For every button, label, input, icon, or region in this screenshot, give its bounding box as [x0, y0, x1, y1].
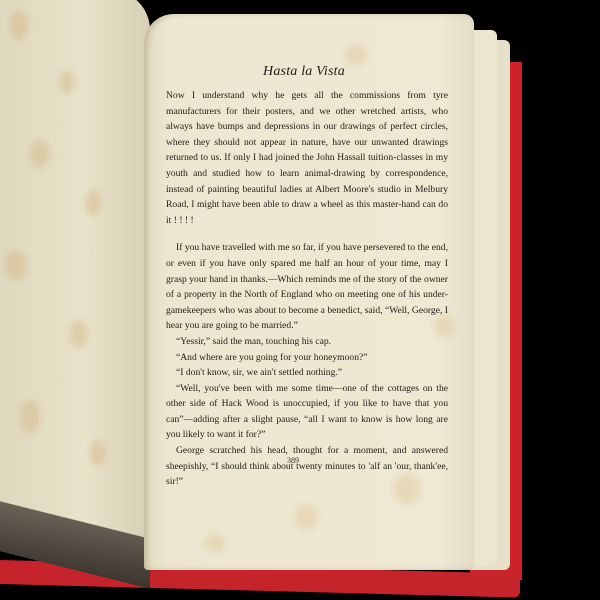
open-book-photo: Hasta la Vista Now I understand why he g… [0, 0, 600, 600]
dialogue-line-3: “I don't know, sir, we ain't settled not… [166, 365, 448, 381]
running-head: Hasta la Vista [160, 64, 448, 80]
dialogue-line-5: George scratched his head, thought for a… [166, 443, 448, 490]
dialogue-line-4: “Well, you've been with me some time—one… [166, 381, 448, 443]
page-text-block: Hasta la Vista Now I understand why he g… [166, 64, 448, 490]
paragraph-2: If you have travelled with me so far, if… [166, 240, 448, 334]
paragraph-1: Now I understand why he gets all the com… [166, 88, 448, 228]
page-number: 389 [287, 456, 299, 465]
left-page [0, 0, 150, 550]
dialogue-line-2: “And where are you going for your honeym… [166, 350, 448, 366]
dialogue-line-1: “Yessir,” said the man, touching his cap… [166, 334, 448, 350]
